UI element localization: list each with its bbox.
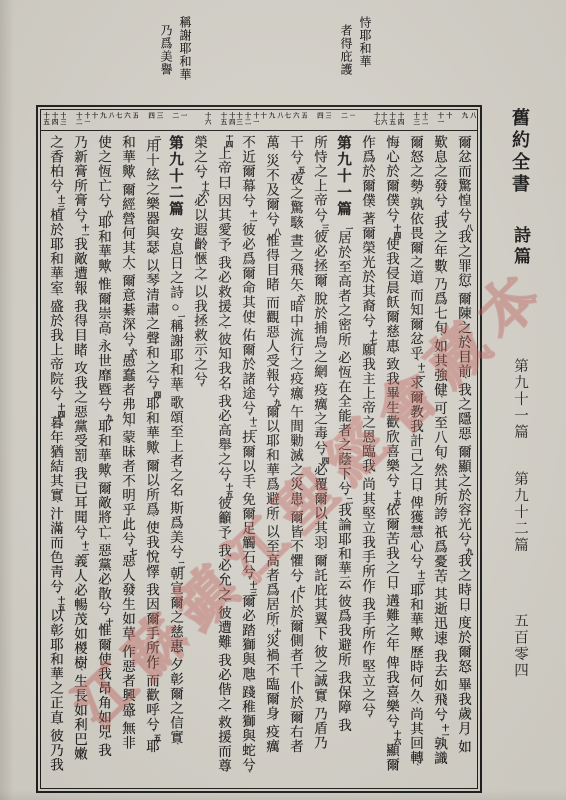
verse-number: 十六 <box>201 181 209 196</box>
punctuation: 、 <box>410 489 420 498</box>
punctuation: 、 <box>194 278 204 287</box>
column-text: 作爲於爾僕、著爾榮光於其裔兮、十七願我主上帝之恩臨我、尚其堅立我手所作、我手所作… <box>360 135 375 721</box>
column-text: 使之恆亡兮、八耶和華歟、惟爾崇高、永世靡暨兮、九耶和華歟、爾敵將亡、惡黨必散兮、… <box>96 135 111 758</box>
column-text: 三用十絃之樂器與瑟、以琴清肅之聲和之兮、四耶和華歟、爾以所爲、使我悅懌、我因爾手… <box>144 135 159 754</box>
verse-strip-number: 五 <box>131 112 139 119</box>
punctuation: 、 <box>122 715 132 724</box>
verse-number: 十三 <box>417 570 425 585</box>
verse-number: 十二 <box>81 541 89 556</box>
punctuation: 、 <box>266 518 276 527</box>
punctuation: 、 <box>338 711 348 720</box>
verse-strip-number: 十五 <box>219 112 227 125</box>
verse-strip-cell: 五六七 <box>283 112 307 119</box>
verse-number: 十三 <box>249 581 257 596</box>
punctuation: 、 <box>242 486 252 495</box>
verse-strip-cell: 十六 <box>187 112 211 125</box>
punctuation: 、 <box>314 700 324 709</box>
text-column: 乃新膏所膏兮、十一我敵遭報、我得目睹、攻我之惡黨受罰、我已耳聞兮、十二義人必暢茂… <box>67 135 91 786</box>
text-column: 榮之兮、十六必以遐齡愜之、以我拯救示之兮、 <box>187 135 211 786</box>
verse-number: 一 <box>177 313 185 321</box>
punctuation: 、 <box>74 355 84 364</box>
verse-strip-number: 十四 <box>396 112 404 125</box>
verse-strip-number: 八 <box>107 112 115 119</box>
punctuation: 、 <box>98 333 108 342</box>
punctuation: 、 <box>410 763 420 772</box>
punctuation: 、 <box>50 500 60 509</box>
verse-number: 八 <box>465 224 473 232</box>
punctuation: 、 <box>458 609 468 618</box>
punctuation: 、 <box>146 252 156 261</box>
column-text: 之香柏兮、十三植於耶和華室、盛於我上帝院兮、十四暮年猶結其實、汁滿而色靑兮、十五… <box>48 135 63 772</box>
verse-strip-cell: 十十一 <box>428 112 452 125</box>
punctuation: 、 <box>146 576 156 585</box>
verse-strip-cell: 十二十三 <box>404 112 428 125</box>
verse-number: 五 <box>297 166 305 174</box>
verse-strip-number: 七 <box>114 112 121 119</box>
column-text: 安息日之詩○一稱謝耶和華、歌頌至上者之名、斯爲美兮、二朝宣爾之慈惠、夕彰爾之信實… <box>168 227 183 749</box>
verse-strip-number: 十一 <box>83 112 91 125</box>
verse-strip-cell: 三四 <box>307 112 331 119</box>
punctuation: 、 <box>50 293 60 302</box>
verse-number: 十五 <box>393 490 401 505</box>
punctuation: 、 <box>98 475 108 484</box>
punctuation: 、 <box>218 709 228 718</box>
punctuation: 、 <box>410 701 420 710</box>
punctuation: 、 <box>362 715 372 724</box>
punctuation: 、 <box>122 638 132 647</box>
verse-strip-cell: 十一十二 <box>66 112 90 125</box>
verse-strip-number: 十 <box>259 112 266 119</box>
text-column: 萬、災不及爾兮、八惟得目睹、而觀惡人受報兮、九爾以耶和華爲避所、以至高者爲居所、… <box>259 135 283 786</box>
verse-number: 一 <box>345 225 353 233</box>
chapter-reference-1: 第九十一篇 <box>500 358 540 441</box>
punctuation: 、 <box>410 191 420 200</box>
punctuation: 、 <box>290 227 300 236</box>
punctuation: 、 <box>290 398 300 407</box>
punctuation: 、 <box>122 424 132 433</box>
punctuation: 、 <box>218 647 228 656</box>
punctuation: 、 <box>266 147 276 156</box>
column-text: 萬、災不及爾兮、八惟得目睹、而觀惡人受報兮、九爾以耶和華爲避所、以至高者爲居所、… <box>264 135 279 754</box>
verse-number: 九 <box>273 399 281 407</box>
punctuation: 、 <box>170 742 180 751</box>
text-column: 爾怒之勢、孰依畏爾之道、而知爾忿乎、十二求爾教我計己之日、俾獲慧心兮、十三耶和華… <box>403 135 427 786</box>
page-number: 五百零四 <box>500 613 540 679</box>
verse-strip-cell: 八九十 <box>259 112 283 119</box>
verse-number: 十 <box>273 628 281 636</box>
punctuation: 、 <box>98 271 108 280</box>
text-column: 干兮、五夜之驚駭、晝之飛矢、六暗中流行之疫癘、午間勦滅之災患、爾皆不懼兮、七仆於… <box>283 135 307 786</box>
verse-strip-cell: 十四十五十六 <box>380 112 404 125</box>
punctuation: 、 <box>362 471 372 480</box>
column-text: 不近爾幕兮、十一彼必爲爾命其使、佑爾於諸途兮、十二扶爾以手、免爾足觸石兮、十三爾… <box>240 135 255 776</box>
punctuation: 、 <box>98 537 108 546</box>
punctuation: 、 <box>74 293 84 302</box>
text-column: 歎息之發兮、十我之年數、乃爲七旬、如其強健、可至八旬、然其所誇、祇爲憂苦、其逝迅… <box>427 135 451 786</box>
verse-strip-cell: 十一十二十三 <box>235 112 259 125</box>
verse-strip-number: 十五 <box>42 112 49 125</box>
punctuation: 、 <box>386 587 396 596</box>
verse-strip-number: 十 <box>90 112 97 119</box>
text-frame: 八九十十一十二十三十四十五十六十七一二三四五六七八九十十一十二十三十四十五十六一… <box>36 105 482 793</box>
punctuation: 、 <box>314 638 324 647</box>
punctuation: 、 <box>314 376 324 385</box>
verse-strip-number: 一 <box>179 112 187 119</box>
punctuation: 、 <box>218 249 228 258</box>
text-column: 和華歟、爾經營何其大、爾意綦深兮、六愚蠢者弗知、蒙昧者不明乎此兮、七惡人發生如草… <box>115 135 139 786</box>
verse-number: 十四 <box>393 224 401 239</box>
verse-strip-number: 八 <box>276 112 284 119</box>
punctuation: 、 <box>434 643 444 652</box>
punctuation: 、 <box>50 722 60 731</box>
punctuation: 、 <box>146 514 156 523</box>
verse-strip-cell: 五六七 <box>114 112 138 119</box>
text-column: 第九十一篇一居於至高者之密所、必恆在全能者之蔭下兮、二我論耶和華云、彼爲我避所、… <box>331 135 355 786</box>
punctuation: 、 <box>362 205 372 214</box>
punctuation: 、 <box>458 671 468 680</box>
punctuation: 、 <box>194 384 204 393</box>
verse-number: 十五 <box>57 596 65 611</box>
punctuation: 、 <box>458 285 468 294</box>
punctuation: 、 <box>170 651 180 660</box>
running-head-psalm-92: 稱謝耶和華 乃爲美譽 <box>158 16 193 81</box>
verse-strip-number: 五 <box>300 112 308 119</box>
psalm-text-columns: 爾忿而驚惶兮、八我之罪愆、爾陳之於目前、我之隱惡、爾顯之於容光兮、九我之時日、度… <box>41 131 477 788</box>
verse-number: 十五 <box>225 483 233 498</box>
verse-number: 九 <box>465 548 473 556</box>
punctuation: 、 <box>242 322 252 331</box>
verse-strip-number: 六 <box>122 112 130 119</box>
punctuation: 、 <box>434 581 444 590</box>
verse-strip-number: 七 <box>283 112 290 119</box>
verse-strip-cell: 八九 <box>452 112 476 119</box>
punctuation: 、 <box>458 376 468 385</box>
punctuation: 、 <box>362 653 372 662</box>
verse-strip-number: 十一 <box>436 112 444 125</box>
punctuation: 、 <box>386 351 396 360</box>
punctuation: 、 <box>338 587 348 596</box>
punctuation: 、 <box>218 326 228 335</box>
punctuation: 、 <box>98 737 108 746</box>
column-text: 爾忿而驚惶兮、八我之罪愆、爾陳之於目前、我之隱惡、爾顯之於容光兮、九我之時日、度… <box>456 135 471 754</box>
verse-number: 七 <box>297 585 305 593</box>
verse-strip-number: 九 <box>460 112 468 119</box>
punctuation: 、 <box>386 649 396 658</box>
verse-strip-number: 十二 <box>420 112 428 125</box>
verse-number: 十一 <box>441 724 449 739</box>
verse-number: 三 <box>321 224 329 232</box>
text-column: 所恃之上帝兮、三彼必拯爾、脫於捕鳥之網、疫癘之毒兮、四必覆爾以其羽、爾託庇其翼下… <box>307 135 331 786</box>
verse-strip-number: 十一 <box>252 112 260 125</box>
punctuation: 、 <box>314 547 324 556</box>
punctuation: 、 <box>338 344 348 353</box>
verse-strip-number: 十六 <box>203 112 211 125</box>
verse-number: 十七 <box>369 330 377 345</box>
verse-strip-number: 三 <box>155 112 163 119</box>
text-column: 十四上帝曰、因其愛予、我必救援之、彼知我名、我必高舉之兮、十五彼籲予、我必允之、… <box>211 135 235 786</box>
verse-strip-number: 八 <box>469 112 477 119</box>
punctuation: 、 <box>122 176 132 185</box>
verse-strip-number: 十三 <box>235 112 242 125</box>
verse-number: 四 <box>321 457 329 465</box>
verse-strip-number: 十 <box>444 112 452 125</box>
verse-strip-number: 四 <box>147 112 155 119</box>
verse-number: 五 <box>153 734 161 742</box>
verse-number: 十一 <box>249 210 257 225</box>
punctuation: 、 <box>218 187 228 196</box>
verse-strip-cell: 一二 <box>331 112 355 119</box>
punctuation: 、 <box>122 267 132 276</box>
verse-number: 十二 <box>249 417 257 432</box>
running-head-text: 乃爲美譽 <box>158 24 174 81</box>
verse-number: 七 <box>129 548 137 556</box>
verse-number: 十二 <box>417 363 425 378</box>
verse-strip-number: 十七 <box>372 112 380 125</box>
punctuation: 、 <box>218 388 228 397</box>
running-head-psalm-91: 恃耶和華 者得庇護 <box>338 16 373 76</box>
verse-number: 二 <box>345 497 353 505</box>
punctuation: 、 <box>434 519 444 528</box>
verse-number: 八 <box>273 228 281 236</box>
column-text: 所恃之上帝兮、三彼必拯爾、脫於捕鳥之網、疫癘之毒兮、四必覆爾以其羽、爾託庇其翼下… <box>312 135 327 750</box>
verse-number: 十六 <box>393 730 401 745</box>
text-column: 不近爾幕兮、十一彼必爲爾命其使、佑爾於諸途兮、十二扶爾以手、免爾足觸石兮、十三爾… <box>235 135 259 786</box>
verse-strip-number: 二 <box>171 112 179 119</box>
verse-strip-cell: 十三十四十五 <box>42 112 66 125</box>
verse-number: 十四 <box>57 403 65 418</box>
text-column: 之香柏兮、十三植於耶和華室、盛於我上帝院兮、十四暮年猶結其實、汁滿而色靑兮、十五… <box>43 135 67 786</box>
column-text: 悔心於爾僕兮、十四使我侵晨飫爾慈惠、致我畢生歡欣喜樂兮、十五依爾苦我之日、遘難之… <box>384 135 399 772</box>
running-head-text: 者得庇護 <box>338 24 354 76</box>
verse-strip-cell: 一二 <box>163 112 187 119</box>
punctuation: 、 <box>74 668 84 677</box>
text-column: 第九十二篇安息日之詩○一稱謝耶和華、歌頌至上者之名、斯爲美兮、二朝宣爾之慈惠、夕… <box>163 135 187 786</box>
punctuation: 、 <box>434 457 444 466</box>
verse-strip-number: 二 <box>339 112 347 119</box>
verse-number: 四 <box>153 391 161 399</box>
punctuation: 、 <box>242 679 252 688</box>
verse-strip-cell: 八九十 <box>90 112 114 119</box>
punctuation: 、 <box>242 770 252 779</box>
verse-number: 三 <box>153 135 161 141</box>
scanned-book-page: 恃耶和華 者得庇護 稱謝耶和華 乃爲美譽 八九十十一十二十三十四十五十六十七一二… <box>0 0 566 800</box>
column-text: 榮之兮、十六必以遐齡愜之、以我拯救示之兮、 <box>192 135 207 390</box>
punctuation: 、 <box>266 289 276 298</box>
punctuation: 、 <box>146 452 156 461</box>
punctuation: 、 <box>434 271 444 280</box>
psalm-heading: 第九十二篇 <box>167 135 183 218</box>
punctuation: 、 <box>410 282 420 291</box>
verse-number: 十三 <box>57 195 65 210</box>
punctuation: 、 <box>314 285 324 294</box>
running-head-text: 稱謝耶和華 <box>177 16 193 81</box>
column-text: 和華歟、爾經營何其大、爾意綦深兮、六愚蠢者弗知、蒙昧者不明乎此兮、七惡人發生如草… <box>120 135 135 750</box>
punctuation: 、 <box>338 664 348 673</box>
punctuation: 、 <box>410 639 420 648</box>
punctuation: 、 <box>434 395 444 404</box>
text-column: 使之恆亡兮、八耶和華歟、惟爾崇高、永世靡暨兮、九耶和華歟、爾敵將亡、惡黨必散兮、… <box>91 135 115 786</box>
verse-strip-number: 十二 <box>243 112 251 125</box>
punctuation: 、 <box>170 494 180 503</box>
verse-number: 十 <box>441 210 449 218</box>
verse-number: 十四 <box>225 135 233 148</box>
text-column: 悔心於爾僕兮、十四使我侵晨飫爾慈惠、致我畢生歡欣喜樂兮、十五依爾苦我之日、遘難之… <box>379 135 403 786</box>
section-title: 詩篇 <box>500 226 540 268</box>
column-text: 歎息之發兮、十我之年數、乃爲七旬、如其強健、可至八旬、然其所誇、祇爲憂苦、其逝迅… <box>432 135 447 766</box>
psalm-heading: 第九十一篇 <box>335 135 351 218</box>
verse-number: 九 <box>105 414 113 422</box>
text-column: 作爲於爾僕、著爾榮光於其裔兮、十七願我主上帝之恩臨我、尚其堅立我手所作、我手所作… <box>355 135 379 786</box>
verse-number: 二 <box>177 561 185 569</box>
verse-strip-number: 十五 <box>388 112 396 125</box>
verse-number: 六 <box>129 348 137 356</box>
verse-strip-number: 十二 <box>74 112 82 125</box>
verse-strip-number: 十六 <box>380 112 387 125</box>
punctuation: 、 <box>218 537 228 546</box>
verse-number: 十一 <box>81 224 89 239</box>
verse-strip-number: 十四 <box>50 112 58 125</box>
column-text: 一居於至高者之密所、必恆在全能者之蔭下兮、二我論耶和華云、彼爲我避所、我保障、我 <box>336 227 351 733</box>
verse-strip-number: 四 <box>315 112 323 119</box>
verse-strip-cell: 十七 <box>355 112 379 125</box>
punctuation: 、 <box>434 333 444 342</box>
punctuation: 、 <box>266 718 276 727</box>
punctuation: 、 <box>74 460 84 469</box>
verse-number: 六 <box>297 294 305 302</box>
verse-strip-number: 十四 <box>227 112 235 125</box>
verse-strip-number: 一 <box>348 112 356 119</box>
column-text: 干兮、五夜之驚駭、晝之飛矢、六暗中流行之疫癘、午間勦滅之災患、爾皆不懼兮、七仆於… <box>288 135 303 754</box>
verse-number: 八 <box>105 210 113 218</box>
text-column: 爾忿而驚惶兮、八我之罪愆、爾陳之於目前、我之隱惡、爾顯之於容光兮、九我之時日、度… <box>451 135 475 786</box>
verse-strip-number: 九 <box>267 112 275 119</box>
punctuation: 、 <box>458 733 468 742</box>
punctuation: 、 <box>290 504 300 513</box>
running-head-text: 恃耶和華 <box>357 16 373 76</box>
verse-strip-number: 九 <box>98 112 106 119</box>
column-text: 乃新膏所膏兮、十一我敵遭報、我得目睹、攻我之惡黨受罰、我已耳聞兮、十二義人必暢茂… <box>72 135 87 761</box>
punctuation: 、 <box>146 667 156 676</box>
book-title: 舊約全書 <box>500 108 540 196</box>
text-frame-inner: 八九十十一十二十三十四十五十六十七一二三四五六七八九十十一十二十三十四十五十六一… <box>40 109 478 789</box>
text-column: 三用十絃之樂器與瑟、以琴清肅之聲和之兮、四耶和華歟、爾以所爲、使我悅懌、我因爾手… <box>139 135 163 786</box>
verse-strip-cell: 十四十五 <box>211 112 235 125</box>
verse-strip-number: 十三 <box>412 112 420 125</box>
verse-strip-number: 十三 <box>59 112 67 125</box>
verse-number: 十 <box>105 618 113 626</box>
chapter-reference-2: 第九十二篇 <box>500 471 540 554</box>
verse-number-strip: 八九十十一十二十三十四十五十六十七一二三四五六七八九十十一十二十三十四十五十六一… <box>41 110 477 131</box>
column-text: 十四上帝曰、因其愛予、我必救援之、彼知我名、我必高舉之兮、十五彼籲予、我必允之、… <box>216 135 231 773</box>
column-text: 爾怒之勢、孰依畏爾之道、而知爾忿乎、十二求爾教我計己之日、俾獲慧心兮、十三耶和華… <box>408 135 423 769</box>
verse-strip-number: 六 <box>291 112 299 119</box>
punctuation: 、 <box>170 389 180 398</box>
punctuation: 、 <box>458 438 468 447</box>
punctuation: 、 <box>290 675 300 684</box>
punctuation: 、 <box>362 591 372 600</box>
punctuation: 、 <box>218 599 228 608</box>
verse-strip-number: 三 <box>324 112 332 119</box>
margin-title-column: 舊約全書 詩篇 第九十一篇 第九十二篇 五百零四 <box>496 108 540 788</box>
verse-strip-cell: 三四 <box>138 112 162 119</box>
